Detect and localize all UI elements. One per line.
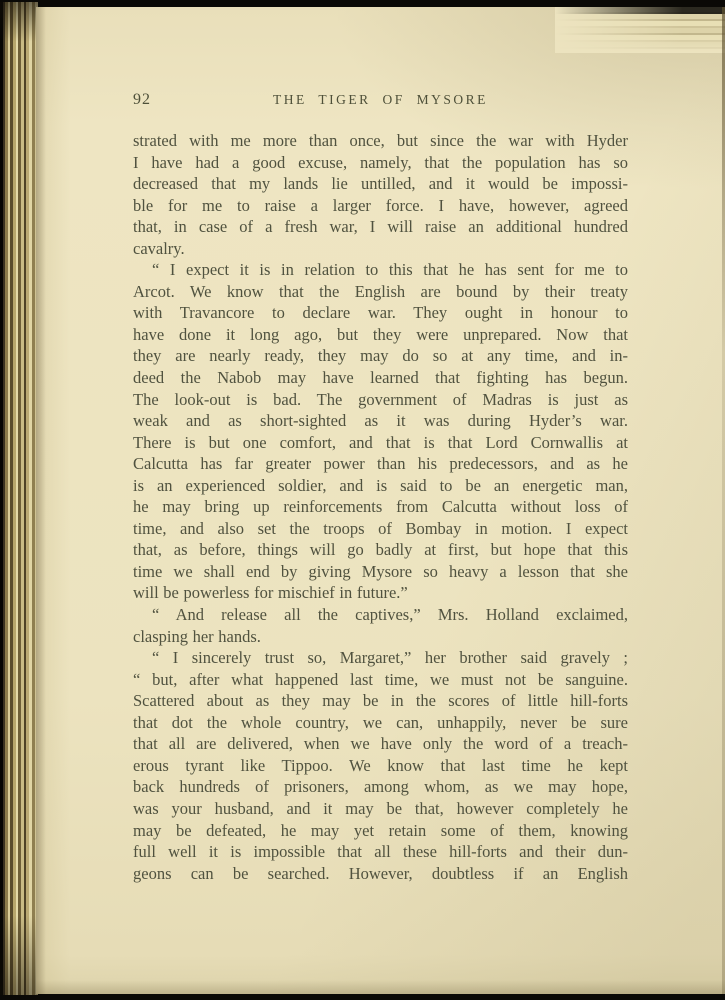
cover-corner-top-right (555, 7, 725, 14)
text-line: cavalry. (133, 238, 628, 260)
text-line: was your husband, and it may be that, ho… (133, 798, 628, 820)
text-line: full well it is impossible that all thes… (133, 841, 628, 863)
text-line: “ And release all the captives,” Mrs. Ho… (133, 604, 628, 626)
text-line: Arcot. We know that the English are boun… (133, 281, 628, 303)
page-bottom-shadow (36, 980, 725, 994)
text-line: weak and as short-sighted as it was duri… (133, 410, 628, 432)
text-line: clasping her hands. (133, 626, 628, 648)
running-head: 92 THE TIGER OF MYSORE (133, 91, 628, 109)
book-page-edges-left (0, 2, 38, 995)
text-line: Calcutta has far greater power than his … (133, 453, 628, 475)
text-line: There is but one comfort, and that is th… (133, 432, 628, 454)
text-line: have done it long ago, but they were unp… (133, 324, 628, 346)
text-line: back hundreds of prisoners, among whom, … (133, 776, 628, 798)
text-line: they are nearly ready, they may do so at… (133, 345, 628, 367)
text-line: I have had a good excuse, namely, that t… (133, 152, 628, 174)
text-line: will be powerless for mischief in future… (133, 582, 628, 604)
text-line: that, as before, things will go badly at… (133, 539, 628, 561)
text-line: deed the Nabob may have learned that fig… (133, 367, 628, 389)
text-line: “ I expect it is in relation to this tha… (133, 259, 628, 281)
text-line: may be defeated, he may yet retain some … (133, 820, 628, 842)
text-line: that all are delivered, when we have onl… (133, 733, 628, 755)
text-line: Scattered about as they may be in the sc… (133, 690, 628, 712)
text-line: is an experienced soldier, and is said t… (133, 475, 628, 497)
text-line: erous tyrant like Tippoo. We know that l… (133, 755, 628, 777)
book-scan-photo: 92 THE TIGER OF MYSORE strated with me m… (0, 0, 725, 1000)
text-line: The look-out is bad. The government of M… (133, 389, 628, 411)
page-text-block: strated with me more than once, but sinc… (133, 130, 628, 884)
text-line: “ but, after what happened last time, we… (133, 669, 628, 691)
running-head-title: THE TIGER OF MYSORE (273, 92, 488, 107)
text-line: he may bring up reinforcements from Calc… (133, 496, 628, 518)
page-number: 92 (133, 91, 151, 109)
text-line: strated with me more than once, but sinc… (133, 130, 628, 152)
text-line: with Travancore to declare war. They oug… (133, 302, 628, 324)
text-line: ble for me to raise a larger force. I ha… (133, 195, 628, 217)
text-line: time we shall end by giving Mysore so he… (133, 561, 628, 583)
text-line: that, in case of a fresh war, I will rai… (133, 216, 628, 238)
text-line: “ I sincerely trust so, Margaret,” her b… (133, 647, 628, 669)
text-line: decreased that my lands lie untilled, an… (133, 173, 628, 195)
text-line: that dot the whole country, we can, unha… (133, 712, 628, 734)
text-line: geons can be searched. However, doubtles… (133, 863, 628, 885)
book-page: 92 THE TIGER OF MYSORE strated with me m… (36, 7, 725, 994)
text-line: time, and also set the troops of Bombay … (133, 518, 628, 540)
